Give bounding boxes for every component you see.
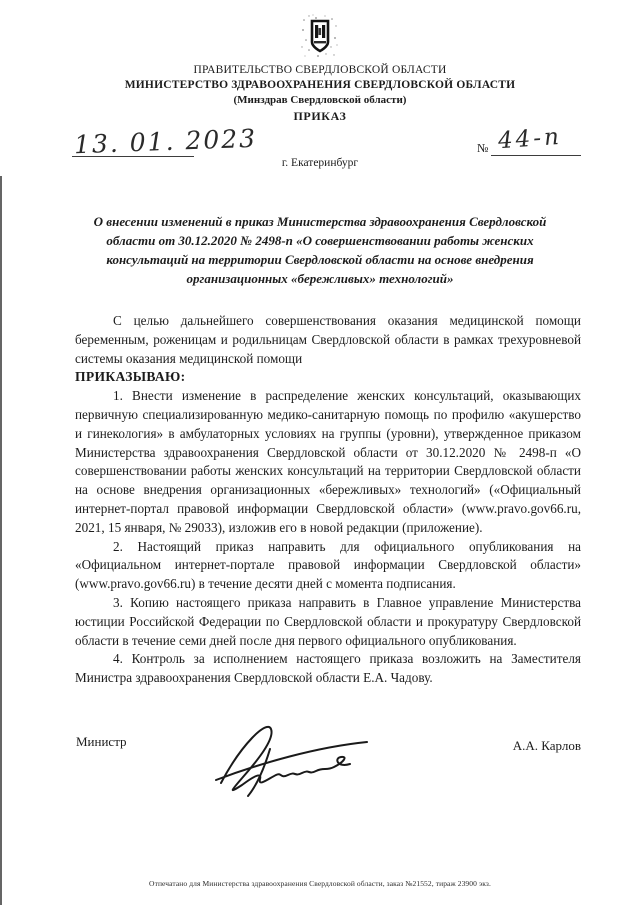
ministry-name: МИНИСТЕРСТВО ЗДРАВООХРАНЕНИЯ СВЕРДЛОВСКО…: [0, 78, 640, 93]
order-body: С целью дальнейшего совершенствования ок…: [75, 312, 581, 688]
intro-paragraph: С целью дальнейшего совершенствования ок…: [75, 312, 581, 368]
date-handwritten: 13. 01. 2023: [74, 124, 258, 159]
coat-of-arms-icon: [301, 14, 339, 60]
order-title: О внесении изменений в приказ Министерст…: [68, 212, 572, 288]
order-item-2: 2. Настоящий приказ направить для официа…: [75, 538, 581, 594]
ministry-short-name: (Минздрав Свердловской области): [0, 93, 640, 108]
decree-word: ПРИКАЗЫВАЮ:: [75, 368, 581, 387]
footer-print-info: Отпечатано для Министерства здравоохране…: [0, 879, 640, 888]
order-item-4: 4. Контроль за исполнением настоящего пр…: [75, 650, 581, 688]
signature-icon: [213, 717, 373, 797]
signature-position-label: Министр: [76, 734, 127, 750]
number-underline: [491, 155, 581, 156]
scanned-order-page: ПРАВИТЕЛЬСТВО СВЕРДЛОВСКОЙ ОБЛАСТИ МИНИС…: [0, 0, 640, 905]
number-handwritten: 44-п: [497, 124, 563, 154]
number-label: №: [477, 141, 488, 156]
order-item-3: 3. Копию настоящего приказа направить в …: [75, 594, 581, 650]
letterhead: ПРАВИТЕЛЬСТВО СВЕРДЛОВСКОЙ ОБЛАСТИ МИНИС…: [0, 63, 640, 124]
government-name: ПРАВИТЕЛЬСТВО СВЕРДЛОВСКОЙ ОБЛАСТИ: [0, 63, 640, 78]
signature-name: А.А. Карлов: [513, 738, 581, 754]
document-type: ПРИКАЗ: [0, 109, 640, 124]
order-item-1: 1. Внести изменение в распределение женс…: [75, 387, 581, 537]
scan-edge-artifact: [0, 176, 2, 905]
city-label: г. Екатеринбург: [0, 157, 640, 169]
